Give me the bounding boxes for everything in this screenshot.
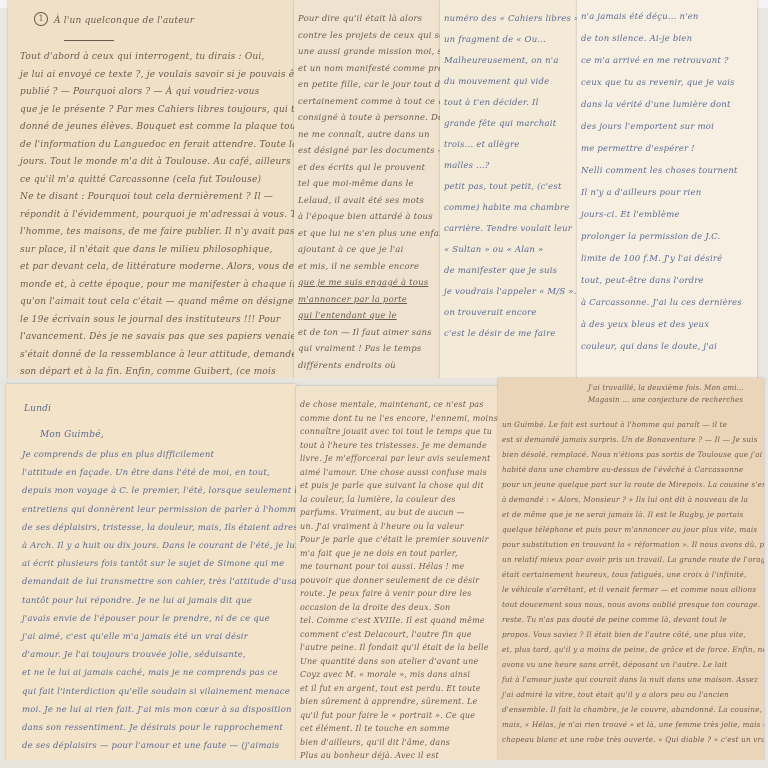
handwritten-line: carrière. Tendre voulait leur: [444, 224, 580, 234]
handwritten-line: on trouverait encore: [444, 308, 580, 318]
handwritten-line: consigné à toute à personne. Donc: [298, 113, 446, 123]
handwritten-line: trois... et allègre: [444, 140, 580, 150]
handwritten-line: et mis, il ne semble encore: [298, 262, 446, 272]
handwritten-line: Malheureusement, on n'a: [444, 56, 580, 66]
page-number-badge: 1: [34, 12, 48, 26]
handwritten-line: propos. Vous saviez ? Il était bien de l…: [502, 630, 764, 639]
handwritten-line: de manifester que je suis: [444, 266, 580, 276]
handwritten-line: ne me connaît, autre dans un: [298, 130, 446, 140]
handwritten-line: c'est le désir de me faire: [444, 329, 580, 339]
handwritten-line: Je comprends de plus en plus difficileme…: [22, 450, 296, 460]
handwritten-line: était certainement heureux, tous fatigué…: [502, 570, 764, 579]
handwritten-line: le véhicule s'arrêtant, et il venait fer…: [502, 585, 764, 594]
handwritten-line: son départ et à la fin. Enfin, comme Gui…: [20, 367, 302, 377]
handwritten-line: depuis mon voyage à C. le premier, l'été…: [22, 486, 296, 496]
handwritten-line: à Carcassonne. J'ai lu ces dernières: [581, 298, 757, 308]
handwritten-line: en petite fille, car le jour tout de: [298, 80, 446, 90]
handwritten-line: Il n'y a d'ailleurs pour rien: [581, 188, 757, 198]
handwritten-line: tel que moi-même dans le: [298, 179, 446, 189]
handwritten-line: de ton silence. Ai-je bien: [581, 34, 757, 44]
handwritten-line: certainement comme à tout ce qu'il fut: [298, 97, 446, 107]
handwritten-line: ce m'a arrivé en me retrouvant ?: [581, 56, 757, 66]
handwritten-line: et des écrits qui le prouvent: [298, 163, 446, 173]
handwritten-line: qui vraiment ! Pas le temps: [298, 344, 446, 354]
handwritten-line: comme dont tu ne l'es encore, l'ennemi, …: [300, 414, 498, 423]
letter-page-1: 1 À l'un quelconque de l'auteur Tout d'a…: [8, 0, 302, 382]
handwritten-line: aimé l'amour. Une chose aussi confuse ma…: [300, 468, 498, 477]
handwritten-line: Pour je parle que c'était le premier sou…: [300, 535, 498, 544]
handwritten-line: pouvoir que donner seulement de ce désir: [300, 576, 498, 585]
letter-page-5: Lundi Mon Guimbé, Je comprends de plus e…: [6, 384, 296, 764]
handwritten-line: fut à l'amour juste qui courait dans la …: [502, 675, 764, 684]
handwritten-line: petit pas, tout petit, (c'est: [444, 182, 580, 192]
handwritten-line: et de ton — Il faut aimer sans: [298, 328, 446, 338]
handwritten-line: route. Je peux faire à venir pour dire l…: [300, 589, 498, 598]
handwritten-line: limite de 100 f.M. J'y l'ai désiré: [581, 254, 757, 264]
page-header: Magasin ... une conjecture de recherches: [588, 396, 764, 404]
handwritten-line: une aussi grande mission moi, sans: [298, 47, 446, 57]
handwritten-line: cet élément. Il te touche en somme: [300, 724, 498, 733]
handwritten-line: pour substitution en trouvant la « réfor…: [502, 540, 764, 549]
handwritten-line: jours. Tout le monde m'a dit à Toulouse.…: [20, 157, 302, 167]
handwritten-line: avons vu une heure sans arrêt, déposant …: [502, 660, 764, 669]
handwritten-line: ceux que tu as revenir, que je vais: [581, 78, 757, 88]
handwritten-line: tout, peut-être dans l'ordre: [581, 276, 757, 286]
page-header: À l'un quelconque de l'auteur: [54, 16, 302, 26]
handwritten-line: « Sultan » ou « Alan »: [444, 245, 580, 255]
handwritten-line: n'a jamais été déçu... n'en: [581, 12, 757, 22]
handwritten-line: dans la vérité d'une lumière dont: [581, 100, 757, 110]
handwritten-line: Une quantité dans son atelier d'avant un…: [300, 657, 498, 666]
handwritten-line: habité dans une chambre au-dessus de l'é…: [502, 465, 764, 474]
handwritten-line: je lui ai envoyé ce texte ?, je voulais …: [20, 70, 302, 80]
handwritten-line: livre. Je m'efforcerai par leur avis seu…: [300, 454, 498, 463]
handwritten-line: qui fait l'interdiction qu'elle soudain …: [22, 687, 296, 697]
handwritten-line: tout à t'en décider. Il: [444, 98, 580, 108]
handwritten-line: la couleur, la lumière, la couleur des: [300, 495, 498, 504]
handwritten-line: tel. Comme c'est XVIIIe. Il est quand mê…: [300, 616, 498, 625]
handwritten-line: l'attitude en façade. Un être dans l'été…: [22, 468, 296, 478]
handwritten-line: est désigné par les documents — Il: [298, 146, 446, 156]
handwritten-line: et, plus tard, qu'il y a moins de peine,…: [502, 645, 764, 654]
handwritten-line: un fragment de « Ou...: [444, 35, 580, 45]
handwritten-line: de l'information du Languedoc en ferait …: [20, 140, 302, 150]
handwritten-line: du mouvement qui vide: [444, 77, 580, 87]
handwritten-line: monde et, à cette époque, pour me manife…: [20, 280, 302, 290]
handwritten-line: j'avais envie de l'épouser pour le prend…: [22, 614, 296, 624]
handwritten-line: d'amour. Je l'ai toujours trouvée jolie,…: [22, 650, 296, 660]
handwritten-line: tout doucement sous nous, nous avons oub…: [502, 600, 764, 609]
handwritten-line: me tournant pour toi aussi. Hélas ! me: [300, 562, 498, 571]
handwritten-line: bien d'ailleurs, qu'il dit l'âme, dans: [300, 738, 498, 747]
handwritten-line: m'annoncer par la porte: [298, 295, 446, 305]
handwritten-line: ajoutant à ce que je l'ai: [298, 245, 446, 255]
handwritten-line: m'a fait que je ne dois en tout parler,: [300, 549, 498, 558]
handwritten-line: reste. Tu n'as pas douté de peine comme …: [502, 615, 764, 624]
handwritten-line: l'autre peine. Il fondait qu'il était de…: [300, 643, 498, 652]
handwritten-line: Lelaud, il avait été ses mots: [298, 196, 446, 206]
handwritten-line: un relatif mieux pour avoir pris un trav…: [502, 555, 764, 564]
handwritten-line: est si demandé jamais surpris. Un de Bon…: [502, 435, 764, 444]
handwritten-line: et il fut en argent, tout est perdu. Et …: [300, 684, 498, 693]
handwritten-line: qu'on l'aimait tout cela c'était — quand…: [20, 297, 302, 307]
handwritten-line: tantôt pour lui répondre. Je ne lui ai j…: [22, 596, 296, 606]
handwritten-line: occasion de la droite des deux. Son: [300, 603, 498, 612]
handwritten-line: qui l'entendant que le: [298, 311, 446, 321]
handwritten-line: de ses déplaisirs — pour l'amour et une …: [22, 741, 296, 751]
handwritten-line: et puis je parle que suivant la chose qu…: [300, 481, 498, 490]
handwritten-line: un Guimbé. Le fait est surtout à l'homme…: [502, 420, 764, 429]
handwritten-line: de ses déplaisirs, tristesse, la douleur…: [22, 523, 296, 533]
handwritten-line: Nelli comment les choses tournent: [581, 166, 757, 176]
handwritten-line: que je me suis engagé à tous: [298, 278, 446, 288]
letter-page-4: n'a jamais été déçu... n'ende ton silenc…: [577, 0, 757, 382]
handwritten-line: publié ? — Pourquoi alors ? — À qui voud…: [20, 87, 302, 97]
plastic-sleeve-bottom: [0, 760, 768, 768]
header-rule: [64, 40, 114, 41]
handwritten-line: Ne te disant : Pourquoi tout cela derniè…: [20, 192, 302, 202]
handwritten-line: j'ai aimé, c'est qu'elle m'a jamais été …: [22, 632, 296, 642]
handwritten-line: comme) habite ma chambre: [444, 203, 580, 213]
handwritten-line: l'avancement. Dès je ne savais pas que s…: [20, 332, 302, 342]
margin-note: J'ai travaillé, la deuxième fois. Mon am…: [588, 384, 764, 392]
handwritten-line: à Arch. Il y a huit ou dix jours. Dans l…: [22, 541, 296, 551]
handwritten-line: ce qu'il m'a quitté Carcassonne (cela fu…: [20, 175, 302, 185]
handwritten-line: répondit à l'évidemment, pourquoi je m'a…: [20, 210, 302, 220]
handwritten-line: bien désolé, remplacé. Nous n'étions pas…: [502, 450, 764, 459]
handwritten-line: entretiens qui donnèrent leur permission…: [22, 505, 296, 515]
handwritten-line: Coyz avec M. « morale », mis dans ainsi: [300, 670, 498, 679]
handwritten-line: contre les projets de ceux qui sont: [298, 31, 446, 41]
handwritten-line: l'homme, tes maisons, de me faire publie…: [20, 227, 302, 237]
handwritten-line: Pour dire qu'il était là alors: [298, 14, 446, 24]
handwritten-line: parfums. Vraiment, au but de aucun —: [300, 508, 498, 517]
handwritten-line: quelque téléphone et puis pour m'annonce…: [502, 525, 764, 534]
handwritten-line: connaître jouait avec toi tout le temps …: [300, 427, 498, 436]
handwritten-line: des jours l'emportent sur moi: [581, 122, 757, 132]
handwritten-line: à l'époque bien attardé à tous: [298, 212, 446, 222]
handwritten-line: différents endroits où: [298, 361, 446, 371]
handwritten-line: dans son ressentiment. Je désirais pour …: [22, 723, 296, 733]
handwritten-line: ai écrit plusieurs fois tantôt sur le su…: [22, 559, 296, 569]
handwritten-line: jours-ci. Et l'emblème: [581, 210, 757, 220]
handwritten-line: je voudrais l'appeler « M/S ».: [444, 287, 580, 297]
handwritten-line: et par devant cela, de littérature moder…: [20, 262, 302, 272]
handwritten-line: un. J'ai vraiment à l'heure ou la valeur: [300, 522, 498, 531]
handwritten-line: pour un jeune quelque part sur la route …: [502, 480, 764, 489]
handwritten-line: que je le présente ? Par mes Cahiers lib…: [20, 105, 302, 115]
handwritten-line: s'était donné de la ressemblance à leur …: [20, 350, 302, 360]
handwritten-line: et que lui ne s'en plus une enfant: [298, 229, 446, 239]
letter-day: Lundi: [24, 404, 296, 414]
handwritten-line: à des yeux bleus et des yeux: [581, 320, 757, 330]
handwritten-line: qu'il fut pour faire le « portrait ». Ce…: [300, 711, 498, 720]
handwritten-line: et ne le lui ai jamais caché, mais je ne…: [22, 668, 296, 678]
handwritten-line: mais, « Hélas, je n'ai rien trouvé » et …: [502, 720, 764, 729]
letter-salutation: Mon Guimbé,: [40, 430, 296, 440]
letter-page-6: de chose mentale, maintenant, ce n'est p…: [296, 386, 498, 764]
handwritten-line: comment c'est Delacourt, l'autre fin que: [300, 630, 498, 639]
handwritten-line: de chose mentale, maintenant, ce n'est p…: [300, 400, 498, 409]
handwritten-line: sur place, il n'était que dans le milieu…: [20, 245, 302, 255]
letter-page-7: J'ai travaillé, la deuxième fois. Mon am…: [498, 378, 764, 760]
handwritten-line: numéro des « Cahiers libres »: [444, 14, 580, 24]
handwritten-line: et de même que je ne serai jamais là. Il…: [502, 510, 764, 519]
handwritten-line: Tout d'abord à ceux qui interrogent, tu …: [20, 52, 302, 62]
handwritten-line: prolonger la permission de J.C.: [581, 232, 757, 242]
handwritten-line: me permettre d'espérer !: [581, 144, 757, 154]
handwritten-line: j'ai admiré la vitre, tout était qu'il y…: [502, 690, 764, 699]
handwritten-line: demandait de lui transmettre son cahier,…: [22, 577, 296, 587]
letter-page-3: numéro des « Cahiers libres »un fragment…: [440, 0, 580, 382]
handwritten-line: donné de jeunes élèves. Bouquet est comm…: [20, 122, 302, 132]
handwritten-line: à demandé : « Alors, Monsieur ? » Ils lu…: [502, 495, 764, 504]
handwritten-line: Plus au bonheur déjà. Avec il est: [300, 751, 498, 760]
handwritten-line: moi. Je ne lui ai rien fait. J'ai mis mo…: [22, 705, 296, 715]
handwritten-line: bien sûrement à apprendre, sûrement. Le: [300, 697, 498, 706]
handwritten-line: malles ...?: [444, 161, 580, 171]
handwritten-line: chapeau blanc et une robe très ouverte. …: [502, 735, 764, 744]
handwritten-line: grande fête qui marchait: [444, 119, 580, 129]
handwritten-line: d'ensemble. Il fait la chambre, je le co…: [502, 705, 764, 714]
handwritten-line: couleur, qui dans le doute, j'ai: [581, 342, 757, 352]
handwritten-line: et un nom manifesté comme préférable: [298, 64, 446, 74]
handwritten-line: tout à l'heure tes tristesses. Je me dem…: [300, 441, 498, 450]
letter-page-2: Pour dire qu'il était là alorscontre les…: [294, 0, 446, 382]
handwritten-line: le 19e écrivain sous le journal des inst…: [20, 315, 302, 325]
